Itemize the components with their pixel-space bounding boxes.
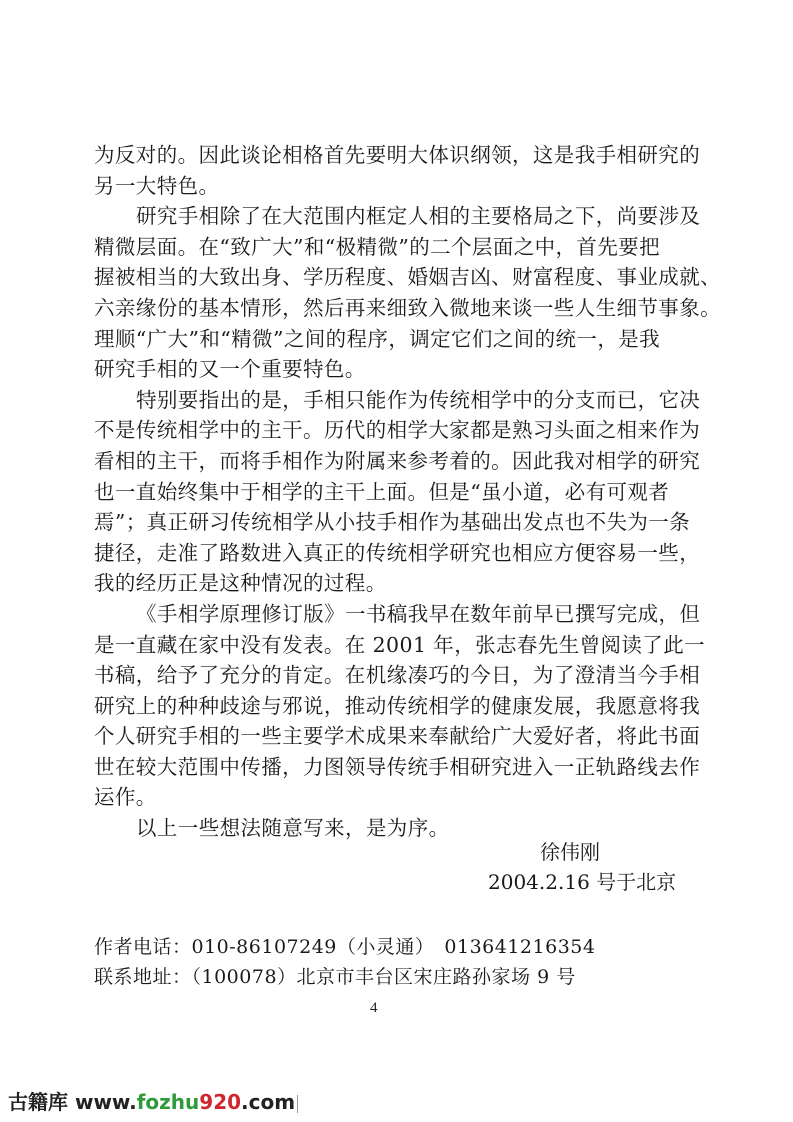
text-line: 握被相当的大致出身、学历程度、婚姻吉凶、财富程度、事业成就、 [94,262,674,293]
watermark-url: www.fozhu920.com [75,1090,295,1114]
text-line: 看相的主干，而将手相作为附属来参考着的。因此我对相学的研究 [94,446,674,477]
text-line: 为反对的。因此谈论相格首先要明大体识纲领，这是我手相研究的 [94,140,674,171]
document-body: 为反对的。因此谈论相格首先要明大体识纲领，这是我手相研究的 另一大特色。 研究手… [94,140,674,844]
text-line: 研究上的种种歧途与邪说，推动传统相学的健康发展，我愿意将我 [94,691,674,722]
page-number: 4 [370,1000,378,1017]
watermark: 古籍库 www.fozhu920.com [8,1086,298,1115]
text-line: 研究手相的又一个重要特色。 [94,354,674,385]
author-phone: 作者电话：010-86107249（小灵通） 013641216354 [94,932,595,959]
text-line: 特别要指出的是，手相只能作为传统相学中的分支而已，它决 [94,385,674,416]
text-line: 书稿，给予了充分的肯定。在机缘凑巧的今日，为了澄清当今手相 [94,660,674,691]
text-line: 运作。 [94,782,674,813]
text-line: 研究手相除了在大范围内框定人相的主要格局之下，尚要涉及 [94,201,674,232]
text-line: 也一直始终集中于相学的主干上面。但是“虽小道，必有可观者 [94,477,674,508]
text-line: 理顺“广大”和“精微”之间的程序，调定它们之间的统一，是我 [94,324,674,355]
text-line: 《手相学原理修订版》一书稿我早在数年前早已撰写完成，但 [94,599,674,630]
signature-date: 2004.2.16 号于北京 [488,866,676,895]
text-line: 另一大特色。 [94,171,674,202]
text-line: 世在较大范围中传播，力图领导传统手相研究进入一正轨路线去作 [94,752,674,783]
text-line: 焉”；真正研习传统相学从小技手相作为基础出发点也不失为一条 [94,507,674,538]
text-cursor-icon [297,1095,298,1113]
watermark-label: 古籍库 [8,1090,68,1114]
author-signature: 徐伟刚 [540,836,600,865]
text-line: 是一直藏在家中没有发表。在 2001 年，张志春先生曾阅读了此一 [94,630,674,661]
text-line: 六亲缘份的基本情形，然后再来细致入微地来谈一些人生细节事象。 [94,293,674,324]
text-line: 捷径，走准了路数进入真正的传统相学研究也相应方便容易一些， [94,538,674,569]
text-line: 我的经历正是这种情况的过程。 [94,568,674,599]
text-line: 个人研究手相的一些主要学术成果来奉献给广大爱好者，将此书面 [94,721,674,752]
author-address: 联系地址：（100078）北京市丰台区宋庄路孙家场 9 号 [94,962,576,989]
text-line: 不是传统相学中的主干。历代的相学大家都是熟习头面之相来作为 [94,415,674,446]
text-line: 精微层面。在“致广大”和“极精微”的二个层面之中，首先要把 [94,232,674,263]
